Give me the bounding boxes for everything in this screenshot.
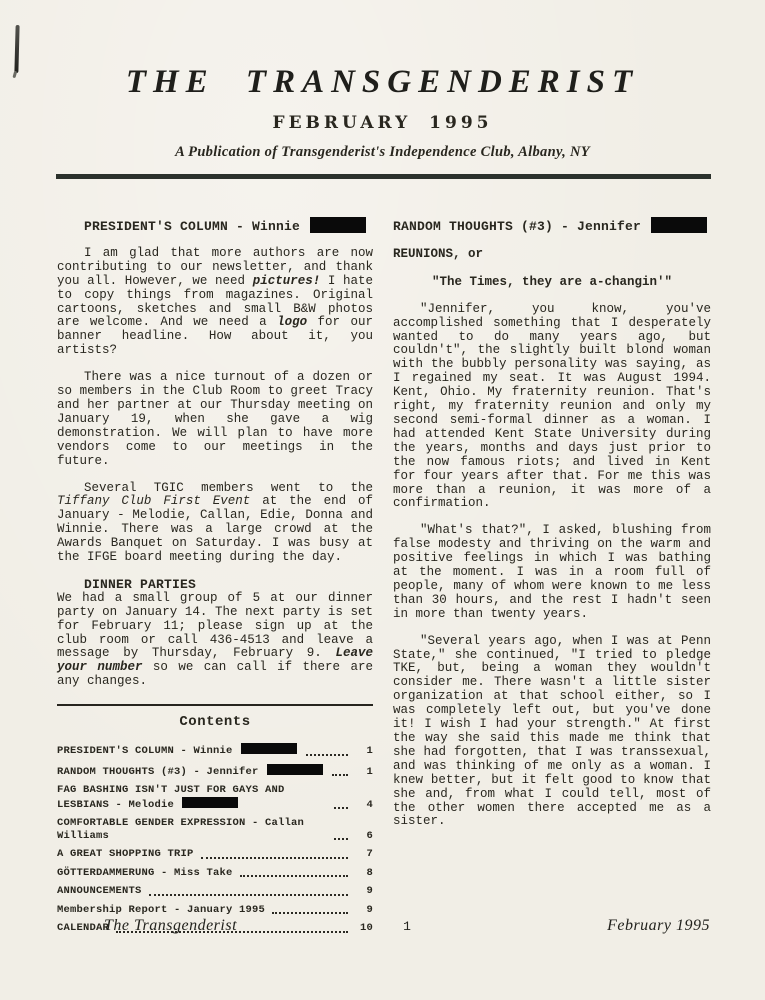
toc-entry-label: GÖTTERDAMMERUNG - Miss Take — [57, 867, 233, 880]
newsletter-title: THE TRANSGENDERIST — [0, 64, 765, 101]
times-changin-subtitle: "The Times, they are a-changin'" — [393, 276, 711, 290]
random-thoughts-paragraph-3: "Several years ago, when I was at Penn S… — [393, 635, 711, 830]
dot-leader — [149, 894, 348, 896]
contents-list: PRESIDENT'S COLUMN - Winnie 1 RANDOM THO… — [57, 743, 373, 935]
presidents-paragraph-2: There was a nice turnout of a dozen or s… — [57, 371, 373, 468]
toc-entry-label: FAG BASHING ISN'T JUST FOR GAYS AND LESB… — [57, 784, 327, 811]
page-footer: The Transgenderist 1 February 1995 — [57, 917, 710, 935]
toc-page-number: 6 — [351, 830, 373, 843]
two-column-body: PRESIDENT'S COLUMN - Winnie I am glad th… — [0, 179, 765, 941]
random-thoughts-heading: RANDOM THOUGHTS (#3) - Jennifer — [393, 217, 711, 234]
toc-entry: RANDOM THOUGHTS (#3) - Jennifer 1 — [57, 764, 373, 779]
toc-entry-label: PRESIDENT'S COLUMN - Winnie — [57, 743, 299, 758]
masthead: THE TRANSGENDERIST FEBRUARY 1995 A Publi… — [0, 0, 765, 161]
dot-leader — [201, 857, 348, 859]
dot-leader — [272, 912, 348, 914]
toc-page-number: 8 — [351, 867, 373, 880]
random-thoughts-heading-text: RANDOM THOUGHTS (#3) - Jennifer — [393, 219, 641, 234]
right-column: RANDOM THOUGHTS (#3) - Jennifer REUNIONS… — [393, 217, 711, 829]
toc-entry-label: Membership Report - January 1995 — [57, 904, 265, 917]
toc-entry-label: ANNOUNCEMENTS — [57, 885, 142, 898]
toc-entry: GÖTTERDAMMERUNG - Miss Take 8 — [57, 867, 373, 880]
toc-entry-label: A GREAT SHOPPING TRIP — [57, 848, 194, 861]
toc-page-number: 4 — [351, 799, 373, 812]
contents-divider — [57, 704, 373, 706]
footer-newsletter-name: The Transgenderist — [57, 917, 403, 935]
presidents-column-heading-text: PRESIDENT'S COLUMN - Winnie — [84, 219, 300, 234]
presidents-paragraph-1: I am glad that more authors are now cont… — [57, 247, 373, 358]
dinner-parties-heading: DINNER PARTIES — [57, 578, 373, 592]
contents-heading: Contents — [57, 716, 373, 730]
presidents-column-heading: PRESIDENT'S COLUMN - Winnie — [57, 217, 373, 234]
toc-entry-label: RANDOM THOUGHTS (#3) - Jennifer — [57, 764, 325, 779]
dinner-parties-paragraph: We had a small group of 5 at our dinner … — [57, 592, 373, 689]
toc-entry: COMFORTABLE GENDER EXPRESSION - Callan W… — [57, 817, 373, 842]
toc-entry: FAG BASHING ISN'T JUST FOR GAYS AND LESB… — [57, 784, 373, 811]
toc-entry: ANNOUNCEMENTS 9 — [57, 885, 373, 898]
random-thoughts-paragraph-2: "What's that?", I asked, blushing from f… — [393, 524, 711, 621]
toc-entry: A GREAT SHOPPING TRIP 7 — [57, 848, 373, 861]
dot-leader — [334, 807, 348, 809]
toc-page-number: 9 — [351, 904, 373, 917]
footer-page-number: 1 — [403, 919, 411, 934]
contents-section: Contents PRESIDENT'S COLUMN - Winnie 1 R… — [57, 704, 373, 934]
toc-page-number: 9 — [351, 885, 373, 898]
redaction-box — [267, 764, 323, 775]
random-thoughts-paragraph-1: "Jennifer, you know, you've accomplished… — [393, 303, 711, 512]
dot-leader — [306, 754, 348, 756]
left-column: PRESIDENT'S COLUMN - Winnie I am glad th… — [57, 217, 373, 941]
issue-date: FEBRUARY 1995 — [0, 113, 765, 133]
publication-subtitle: A Publication of Transgenderist's Indepe… — [0, 144, 765, 161]
reunions-subheading: REUNIONS, or — [393, 248, 711, 262]
redaction-box — [310, 217, 366, 233]
dot-leader — [240, 875, 348, 877]
dot-leader — [332, 774, 348, 776]
toc-entry-label: COMFORTABLE GENDER EXPRESSION - Callan W… — [57, 817, 327, 842]
toc-page-number: 7 — [351, 848, 373, 861]
redaction-box — [241, 743, 297, 754]
dot-leader — [334, 838, 348, 840]
redaction-box — [182, 797, 238, 808]
presidents-paragraph-3: Several TGIC members went to the Tiffany… — [57, 482, 373, 565]
toc-entry: Membership Report - January 1995 9 — [57, 904, 373, 917]
toc-entry: PRESIDENT'S COLUMN - Winnie 1 — [57, 743, 373, 758]
redaction-box — [651, 217, 707, 233]
toc-page-number: 1 — [351, 766, 373, 779]
newsletter-page: THE TRANSGENDERIST FEBRUARY 1995 A Publi… — [0, 0, 765, 1000]
footer-issue-date: February 1995 — [411, 917, 710, 935]
toc-page-number: 1 — [351, 745, 373, 758]
